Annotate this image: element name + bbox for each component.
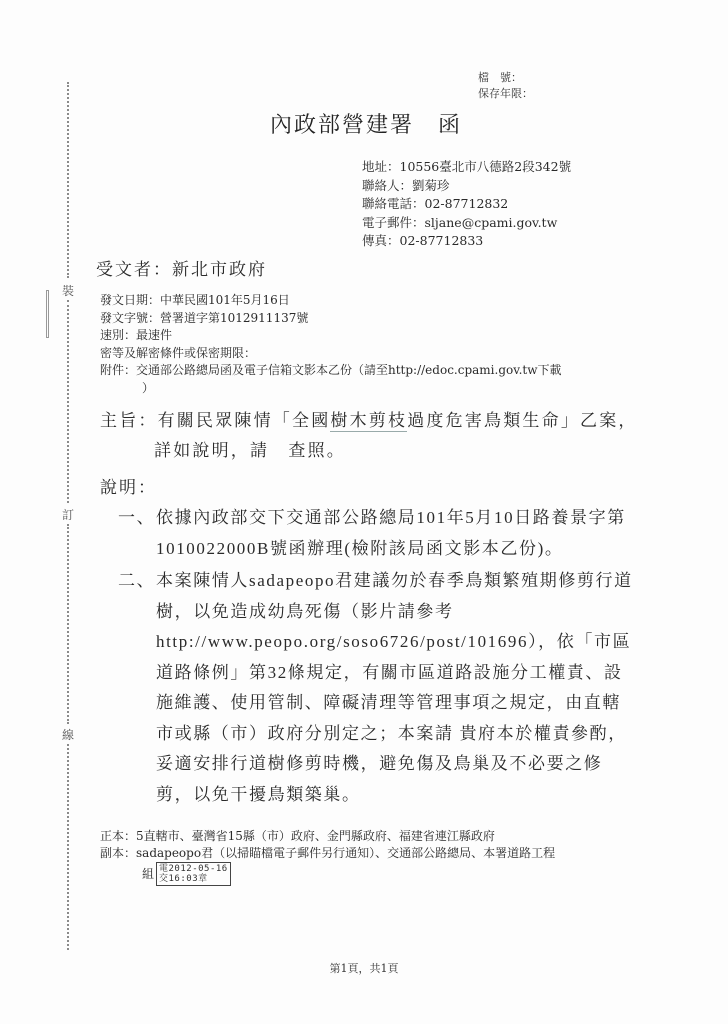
fax: 傳真：02-87712833 xyxy=(362,232,571,251)
dispatch-stamp: 電2012-05-16 交16:03章 xyxy=(156,862,231,886)
explanation-item: 二、 本案陳情人sadapeopo君建議勿於春季鳥類繁殖期修剪行道樹，以免造成幼… xyxy=(118,566,636,810)
file-info: 檔 號： 保存年限： xyxy=(478,70,533,102)
distribution: 正本：5直轄市、臺灣省15縣（市）政府、金門縣政府、福建省連江縣政府 副本：sa… xyxy=(100,828,555,886)
copy-recipients-cont: 組 電2012-05-16 交16:03章 xyxy=(100,862,555,886)
subject-line-2: 詳如說明，請 查照。 xyxy=(100,436,638,466)
subject-label: 主旨： xyxy=(100,411,158,431)
agency-name: 內政部營建署 xyxy=(270,113,414,138)
document-meta: 發文日期：中華民國101年5月16日 發文字號：營署道字第1012911137號… xyxy=(100,292,562,397)
item-text: 本案陳情人sadapeopo君建議勿於春季鳥類繁殖期修剪行道樹，以免造成幼鳥死傷… xyxy=(156,566,636,810)
binding-dotted-line xyxy=(67,82,69,278)
phone: 聯絡電話：02-87712832 xyxy=(362,195,571,214)
document-type: 函 xyxy=(438,113,462,138)
doc-number: 發文字號：營署道字第1012911137號 xyxy=(100,310,562,328)
attachment: 附件：交通部公路總局函及電子信箱文影本乙份（請至http://edoc.cpam… xyxy=(100,362,562,380)
binding-dotted-line xyxy=(67,300,69,503)
subject: 主旨：有關民眾陳情「全國樹木剪枝過度危害鳥類生命」乙案， 詳如說明，請 查照。 xyxy=(100,406,638,466)
item-number: 一、 xyxy=(118,503,156,564)
email: 電子郵件：sljane@cpami.gov.tw xyxy=(362,214,571,233)
address: 地址：10556臺北市八德路2段342號 xyxy=(362,158,571,177)
explanation-item: 一、 依據內政部交下交通部公路總局101年5月10日路養景字第101002200… xyxy=(118,503,636,564)
binding-char-ding: 訂 xyxy=(58,506,78,523)
binding-char-xian: 線 xyxy=(58,726,78,743)
item-number: 二、 xyxy=(118,566,156,810)
explanation-items: 一、 依據內政部交下交通部公路總局101年5月10日路養景字第101002200… xyxy=(118,503,636,810)
page-number: 第1頁，共1頁 xyxy=(0,960,728,976)
copy-cont-text: 組 xyxy=(142,866,154,883)
attachment-close: ） xyxy=(100,380,562,398)
stamp-line-2: 交16:03章 xyxy=(159,874,228,884)
recipient: 受文者：新北市政府 xyxy=(96,255,267,280)
issue-date: 發文日期：中華民國101年5月16日 xyxy=(100,292,562,310)
explanation-label: 說明： xyxy=(100,473,157,498)
original-recipients: 正本：5直轄市、臺灣省15縣（市）政府、金門縣政府、福建省連江縣政府 xyxy=(100,828,555,845)
document-title: 內政部營建署函 xyxy=(270,108,462,139)
contact-block: 地址：10556臺北市八德路2段342號 聯絡人：劉菊珍 聯絡電話：02-877… xyxy=(362,158,571,251)
subject-underlined: 樹木剪枝 xyxy=(330,411,407,432)
binding-dotted-line xyxy=(67,524,69,724)
retention-period: 保存年限： xyxy=(478,86,533,102)
document-page: 裝 訂 線 檔 號： 保存年限： 內政部營建署函 地址：10556臺北市八德路2… xyxy=(0,0,728,1024)
contact-person: 聯絡人：劉菊珍 xyxy=(362,177,571,196)
subject-text-before: 有關民眾陳情「全國 xyxy=(158,411,331,431)
copy-recipients: 副本：sadapeopo君（以掃瞄檔電子郵件另行通知）、交通部公路總局、本署道路… xyxy=(100,845,555,862)
staple-mark xyxy=(46,290,49,338)
subject-line-1: 主旨：有關民眾陳情「全國樹木剪枝過度危害鳥類生命」乙案， xyxy=(100,406,638,436)
archive-number: 檔 號： xyxy=(478,70,533,86)
urgency: 速別：最速件 xyxy=(100,327,562,345)
subject-text-after: 過度危害鳥類生命」乙案， xyxy=(407,411,637,431)
binding-dotted-line xyxy=(67,744,69,950)
stamp-line-1: 電2012-05-16 xyxy=(159,864,228,874)
binding-char-zhuang: 裝 xyxy=(58,282,78,299)
item-text: 依據內政部交下交通部公路總局101年5月10日路養景字第1010022000B號… xyxy=(156,503,636,564)
classification: 密等及解密條件或保密期限： xyxy=(100,345,562,363)
